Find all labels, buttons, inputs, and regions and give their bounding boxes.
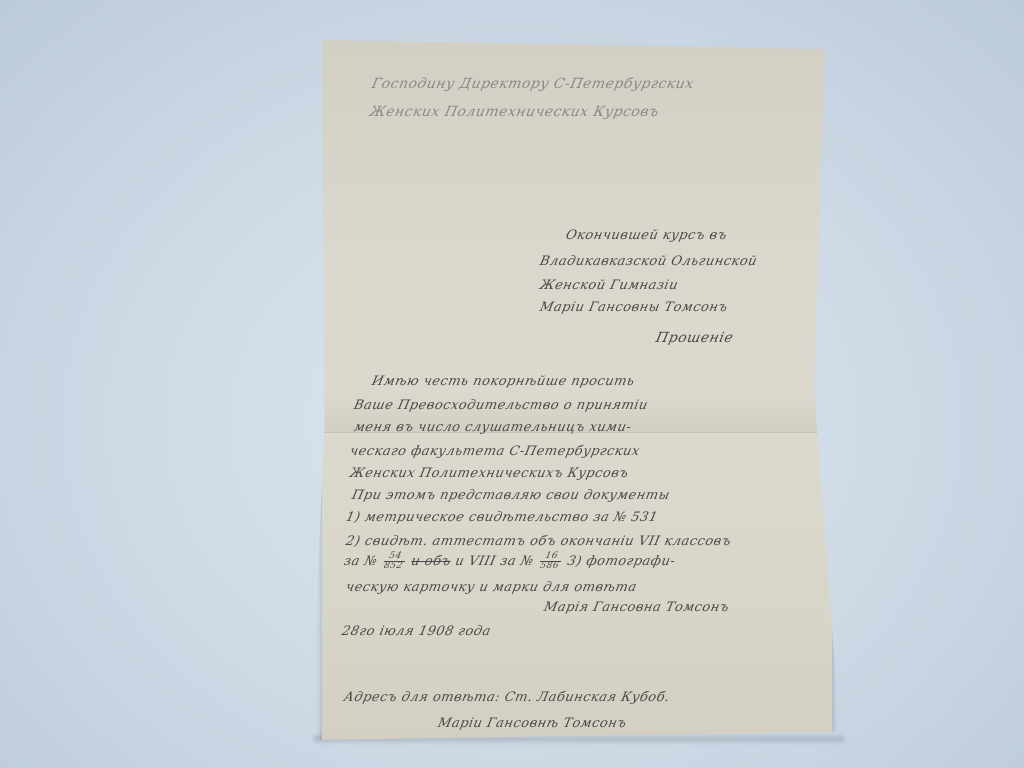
struck-through-text: и объ — [410, 554, 453, 569]
return-address-line-1: Адресъ для отвѣта: Ст. Лабинская Кубоб. — [342, 690, 671, 705]
addressee-line-1: Господину Директору С-Петербургских — [370, 76, 695, 92]
certificate-number-fraction-1: 54 852 — [382, 552, 407, 571]
body-line-9-prefix: за № — [342, 554, 378, 569]
body-line-3: меня въ число слушательницъ хими- — [352, 420, 632, 435]
sender-line-3: Женской Гимназiи — [538, 278, 679, 293]
sender-line-1: Окончившей курсъ въ — [564, 228, 728, 243]
date: 28го iюля 1908 года — [340, 624, 492, 639]
body-line-7: 1) метрическое свидѣтельство за № 531 — [344, 510, 659, 525]
addressee-line-2: Женских Политехнических Курсовъ — [368, 104, 660, 120]
photo-scene: Господину Директору С-Петербургских Женс… — [0, 0, 1024, 768]
body-line-9: за № 54 852 и объ и VIII за № 16 586 3) … — [342, 552, 677, 571]
body-line-8: 2) свидѣт. аттестатъ объ окончанiи VII к… — [344, 534, 732, 549]
body-line-1: Имѣю честь покорнѣйше просить — [370, 374, 636, 389]
return-address-line-2: Марiи Гансовнѣ Томсонъ — [436, 716, 628, 731]
body-line-10: ческую карточку и марки для отвѣта — [344, 580, 638, 595]
petition-heading: Прошенiе — [654, 330, 735, 346]
body-line-9-suffix: 3) фотографи- — [566, 554, 677, 569]
body-line-9-middle: и VIII за № — [454, 554, 535, 569]
certificate-number-fraction-2: 16 586 — [538, 552, 563, 571]
body-line-4: ческаго факультета С-Петербургских — [348, 444, 641, 459]
body-line-5: Женских Политехническихъ Курсовъ — [348, 466, 630, 481]
sender-line-2: Владикавказской Ольгинской — [538, 254, 758, 269]
sender-line-4: Марiи Гансовны Томсонъ — [538, 300, 729, 315]
signature: Марiя Гансовна Томсонъ — [542, 600, 730, 615]
body-line-2: Ваше Превосходительство о принятiи — [352, 398, 649, 413]
body-line-6: При этомъ представляю свои документы — [350, 488, 671, 503]
